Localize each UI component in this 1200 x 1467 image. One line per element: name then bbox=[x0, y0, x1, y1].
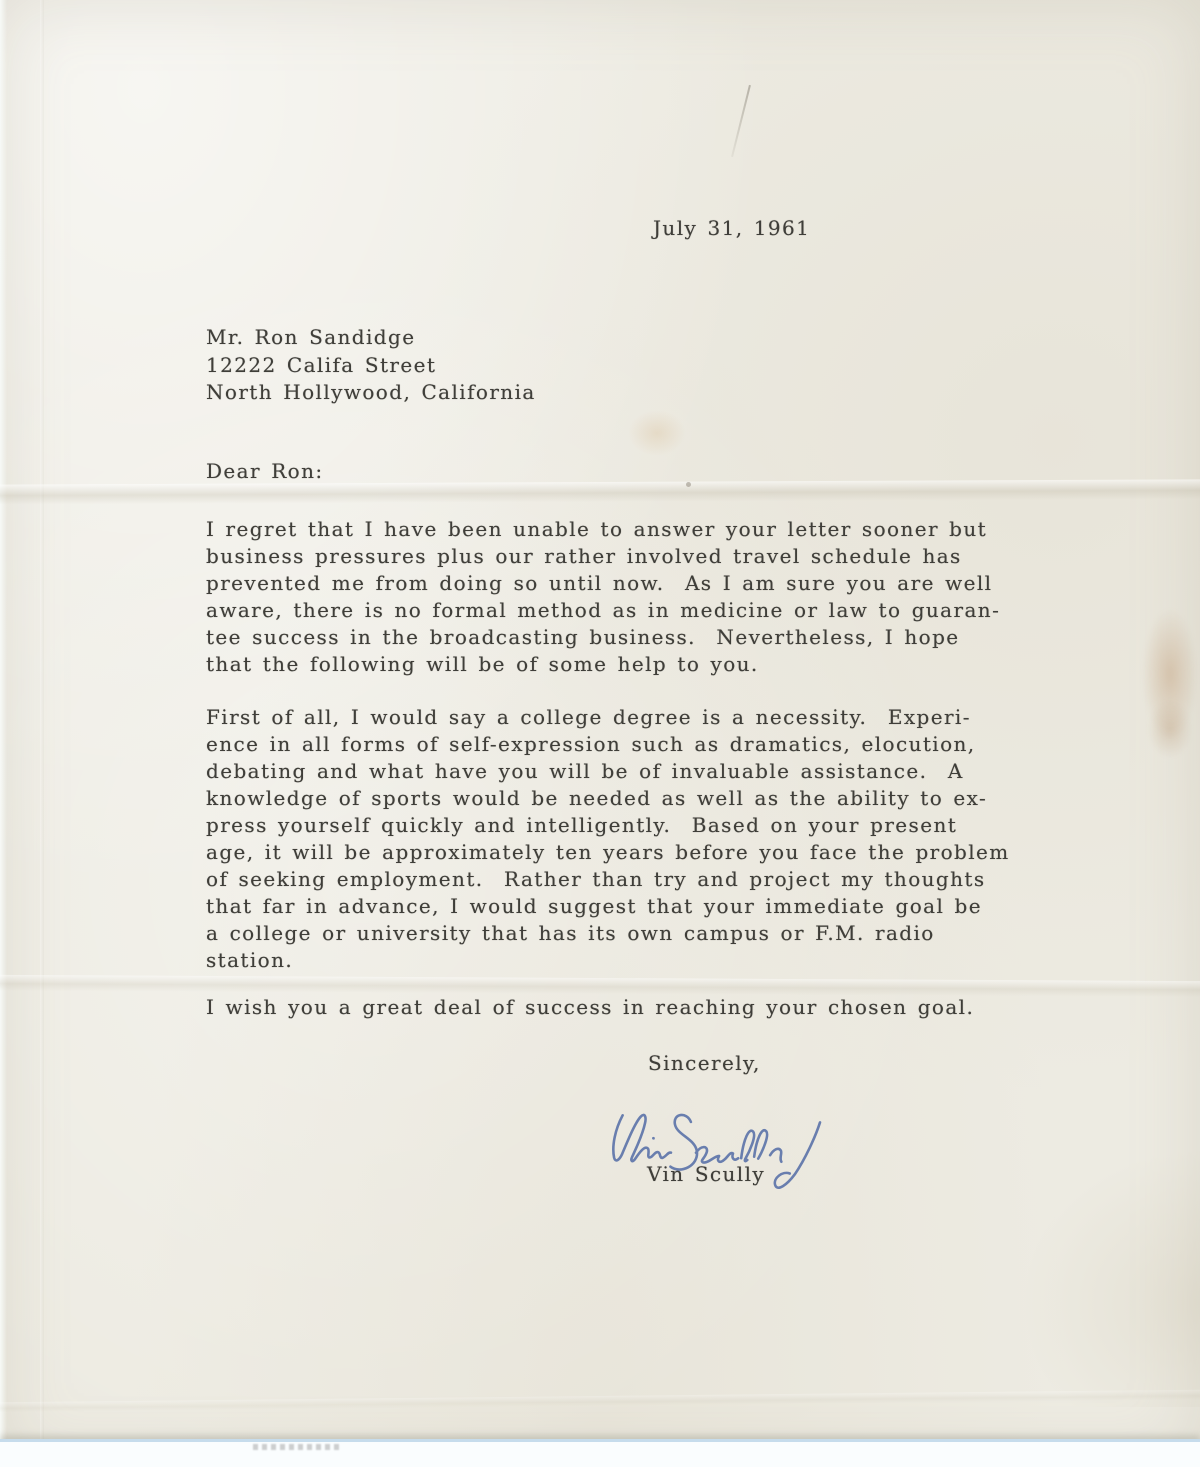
signature-stroke-ll bbox=[740, 1130, 768, 1161]
fold-crease-upper bbox=[0, 479, 1200, 504]
text-line: First of all, I would say a college degr… bbox=[206, 704, 1010, 731]
text-line: that far in advance, I would suggest tha… bbox=[206, 893, 1010, 920]
scan-bottom-edge bbox=[0, 1439, 1200, 1467]
text-line: age, it will be approximately ten years … bbox=[206, 839, 1010, 866]
text-line: aware, there is no formal method as in m… bbox=[206, 597, 1000, 624]
salutation: Dear Ron: bbox=[206, 458, 324, 485]
text-line: prevented me from doing so until now. As… bbox=[206, 570, 1000, 597]
text-line: I wish you a great deal of success in re… bbox=[206, 994, 974, 1021]
body-paragraph-1: I regret that I have been unable to answ… bbox=[206, 516, 1000, 678]
text-line: knowledge of sports would be needed as w… bbox=[206, 785, 1010, 812]
text-line: tee success in the broadcasting business… bbox=[206, 624, 1000, 651]
signature-stroke-y bbox=[770, 1149, 782, 1162]
typed-signature-name: Vin Scully bbox=[647, 1161, 765, 1188]
recipient-city: North Hollywood, California bbox=[206, 379, 536, 407]
paper-speck bbox=[686, 482, 691, 487]
text-line: press yourself quickly and intelligently… bbox=[206, 812, 1010, 839]
letter-date: July 31, 1961 bbox=[653, 215, 810, 242]
corner-shading bbox=[1020, 1147, 1200, 1407]
bottom-smudge-marks bbox=[253, 1444, 339, 1450]
paper-stain bbox=[1148, 700, 1192, 758]
scan-left-edge bbox=[0, 0, 7, 1467]
text-line: a college or university that has its own… bbox=[206, 920, 1010, 947]
text-line: that the following will be of some help … bbox=[206, 651, 1000, 678]
recipient-street: 12222 Califa Street bbox=[206, 352, 536, 380]
vertical-crease bbox=[40, 0, 44, 1467]
signature-i-dot bbox=[652, 1137, 655, 1140]
paper-tear-mark bbox=[731, 85, 751, 157]
body-paragraph-3: I wish you a great deal of success in re… bbox=[206, 994, 974, 1021]
text-line: business pressures plus our rather invol… bbox=[206, 543, 1000, 570]
text-line: debating and what have you will be of in… bbox=[206, 758, 1010, 785]
text-line: I regret that I have been unable to answ… bbox=[206, 516, 1000, 543]
text-line: of seeking employment. Rather than try a… bbox=[206, 866, 1010, 893]
paper-stain bbox=[1142, 608, 1198, 740]
scanned-letter-page: July 31, 1961 Mr. Ron Sandidge 12222 Cal… bbox=[0, 0, 1200, 1467]
text-line: station. bbox=[206, 947, 1010, 974]
signature-stroke-vin bbox=[612, 1114, 671, 1162]
recipient-address-block: Mr. Ron Sandidge 12222 Califa Street Nor… bbox=[206, 324, 536, 407]
body-paragraph-2: First of all, I would say a college degr… bbox=[206, 704, 1010, 974]
closing-sincerely: Sincerely, bbox=[648, 1050, 761, 1077]
text-line: ence in all forms of self-expression suc… bbox=[206, 731, 1010, 758]
recipient-name: Mr. Ron Sandidge bbox=[206, 324, 536, 352]
paper-stain bbox=[628, 410, 686, 456]
handwritten-signature bbox=[586, 1084, 850, 1223]
fold-crease-bottom bbox=[0, 1390, 1200, 1413]
